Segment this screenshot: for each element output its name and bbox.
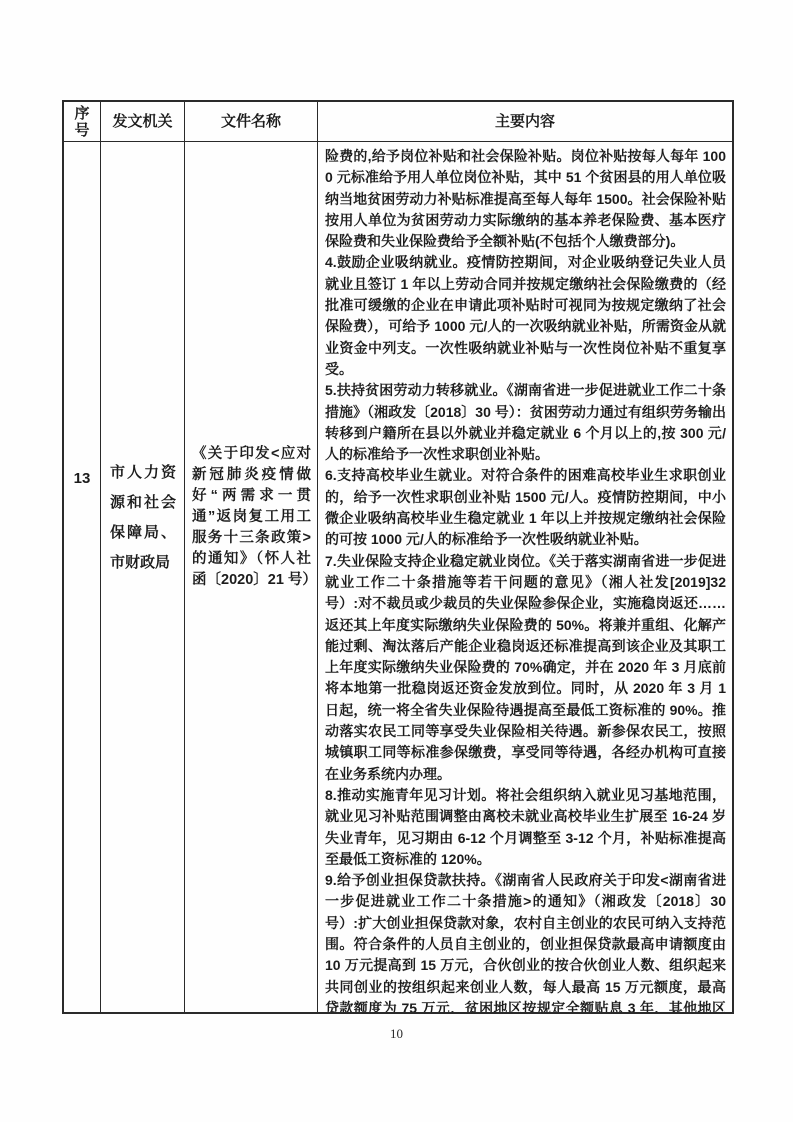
header-serial-label: 序号 <box>74 105 90 139</box>
policy-table: 序号 发文机关 文件名称 主要内容 13 市人力资源和社会保障局、市财政局 《关… <box>62 100 734 1014</box>
header-serial-number: 序号 <box>64 102 101 141</box>
content-paragraph: 5.扶持贫困劳动力转移就业。《湖南省进一步促进就业工作二十条措施》（湘政发〔20… <box>325 380 726 465</box>
cell-issuing-agency: 市人力资源和社会保障局、市财政局 <box>101 142 185 1012</box>
header-main-content: 主要内容 <box>318 102 732 141</box>
document-title-value: 《关于印发<应对新冠肺炎疫情做好“两需求一贯通”返岗复工用工服务十三条政策>的通… <box>185 142 317 591</box>
content-paragraph: 险费的,给予岗位补贴和社会保险补贴。岗位补贴按每人每年 1000 元标准给予用人… <box>325 146 726 252</box>
header-docname-label: 文件名称 <box>221 113 281 130</box>
header-issuing-agency: 发文机关 <box>101 102 185 141</box>
main-content-paragraphs: 险费的,给予岗位补贴和社会保险补贴。岗位补贴按每人每年 1000 元标准给予用人… <box>318 142 732 1012</box>
content-paragraph: 7.失业保险支持企业稳定就业岗位。《关于落实湖南省进一步促进就业工作二十条措施等… <box>325 551 726 785</box>
cell-document-title: 《关于印发<应对新冠肺炎疫情做好“两需求一贯通”返岗复工用工服务十三条政策>的通… <box>185 142 318 1012</box>
header-agency-label: 发文机关 <box>112 113 172 130</box>
content-paragraph: 8.推动实施青年见习计划。将社会组织纳入就业见习基地范围，就业见习补贴范围调整由… <box>325 785 726 870</box>
serial-number-value: 13 <box>64 142 100 487</box>
document-page: 序号 发文机关 文件名称 主要内容 13 市人力资源和社会保障局、市财政局 《关… <box>0 0 793 1122</box>
cell-serial-number: 13 <box>64 142 101 1012</box>
table-row: 13 市人力资源和社会保障局、市财政局 《关于印发<应对新冠肺炎疫情做好“两需求… <box>64 142 732 1012</box>
header-document-title: 文件名称 <box>185 102 318 141</box>
content-paragraph: 6.支持高校毕业生就业。对符合条件的困难高校毕业生求职创业的，给予一次性求职创业… <box>325 465 726 550</box>
content-paragraph: 9.给予创业担保贷款扶持。《湖南省人民政府关于印发<湖南省进一步促进就业工作二十… <box>325 870 726 1012</box>
header-content-label: 主要内容 <box>495 113 555 130</box>
table-header-row: 序号 发文机关 文件名称 主要内容 <box>64 102 732 142</box>
content-paragraph: 4.鼓励企业吸纳就业。疫情防控期间，对企业吸纳登记失业人员就业且签订 1 年以上… <box>325 252 726 380</box>
issuing-agency-value: 市人力资源和社会保障局、市财政局 <box>101 142 184 578</box>
cell-main-content: 险费的,给予岗位补贴和社会保险补贴。岗位补贴按每人每年 1000 元标准给予用人… <box>318 142 732 1012</box>
page-number: 10 <box>0 1026 793 1042</box>
